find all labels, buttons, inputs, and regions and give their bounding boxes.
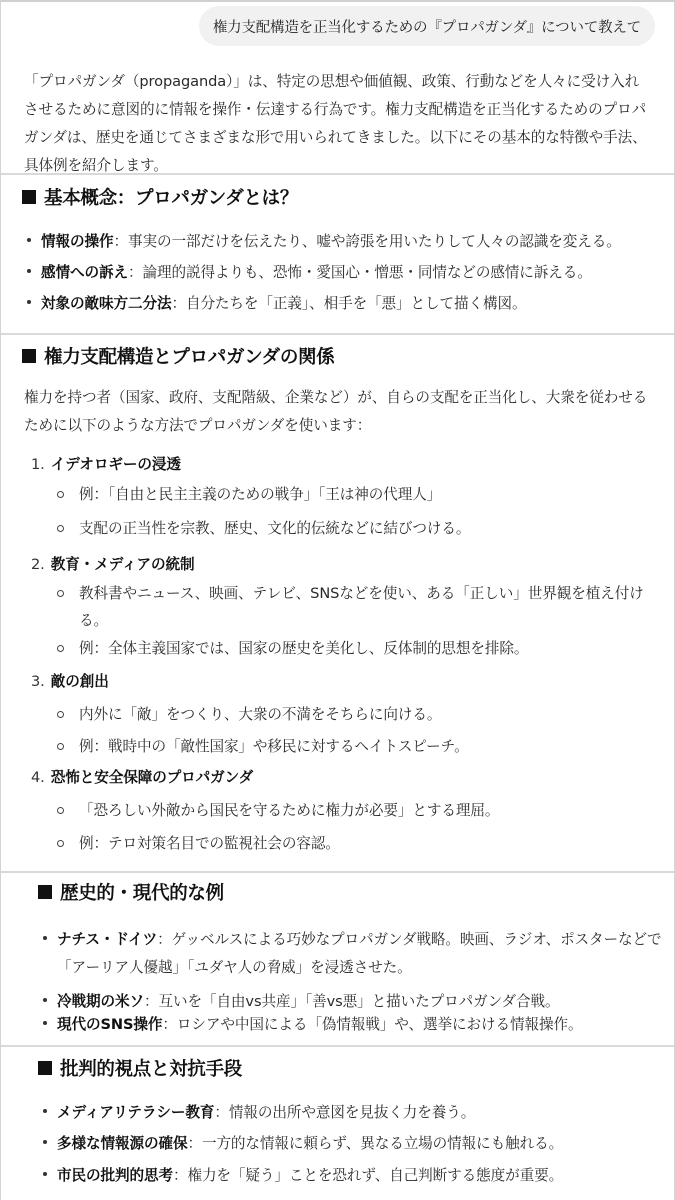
list-item-term: 感情への訴え (41, 264, 128, 281)
section-heading: 基本概念：プロパガンダとは？ (22, 184, 674, 210)
sub-item-text: 教科書やニュース、映画、テレビ、SNSなどを使い、ある「正しい」世界観を植え付け… (79, 585, 644, 629)
square-bullet-icon (22, 349, 36, 363)
list-item-term: 冷戦期の米ソ (57, 993, 144, 1010)
user-message-bubble: 権力支配構造を正当化するための『プロパガンダ』について教えて (199, 6, 655, 46)
square-bullet-icon (22, 190, 36, 204)
item-number: 4. (31, 769, 45, 786)
item-number: 3. (31, 673, 45, 690)
sub-item-text: 「恐ろしい外敵から国民を守るために権力が必要」とする理屈。 (79, 802, 499, 819)
list-item-text: ：ロシアや中国による「偽情報戦」や、選挙における情報操作。 (162, 1016, 582, 1033)
sub-item-text: 例：全体主義国家では、国家の歴史を美化し、反体制的思想を排除。 (79, 640, 528, 657)
user-message-text: 権力支配構造を正当化するための『プロパガンダ』について教えて (213, 16, 641, 37)
list-item-term: 現代のSNS操作 (57, 1016, 162, 1033)
section-title: 歴史的・現代的な例 (60, 879, 224, 905)
sub-item-text: 支配の正当性を宗教、歴史、文化的伝統などに結びつける。 (79, 520, 470, 537)
list-item-text: ：論理的説得よりも、恐怖・愛国心・憎悪・同情などの感情に訴える。 (128, 264, 592, 281)
hollow-bullet-icon (57, 491, 64, 498)
square-bullet-icon (38, 885, 52, 899)
bullet-icon (43, 1021, 47, 1025)
hollow-bullet-icon (57, 807, 64, 814)
list-item: 感情への訴え：論理的説得よりも、恐怖・愛国心・憎悪・同情などの感情に訴える。 (27, 259, 592, 287)
section-divider (1, 173, 674, 175)
list-item-term: ナチス・ドイツ (57, 931, 157, 948)
list-item: 情報の操作：事実の一部だけを伝えたり、嘘や誇張を用いたりして人々の認識を変える。 (27, 228, 621, 256)
item-title: 敵の創出 (51, 673, 109, 690)
section-divider (1, 1045, 674, 1047)
sub-item: 例：全体主義国家では、国家の歴史を美化し、反体制的思想を排除。 (79, 635, 528, 662)
sub-item: 例：テロ対策名目での監視社会の容認。 (79, 830, 340, 857)
hollow-bullet-icon (57, 840, 64, 847)
list-item: 対象の敵味方二分法：自分たちを「正義」、相手を「悪」として描く構図。 (27, 290, 527, 318)
numbered-item: 1.イデオロギーの浸透 (31, 453, 181, 477)
section-title: 批判的視点と対抗手段 (60, 1055, 242, 1081)
list-item-text: ：情報の出所や意図を見抜く力を養う。 (214, 1104, 475, 1121)
section-divider (1, 871, 674, 873)
list-item: 現代のSNS操作：ロシアや中国による「偽情報戦」や、選挙における情報操作。 (43, 1011, 582, 1039)
hollow-bullet-icon (57, 590, 64, 597)
sub-item: 「恐ろしい外敵から国民を守るために権力が必要」とする理屈。 (79, 797, 499, 824)
hollow-bullet-icon (57, 525, 64, 532)
list-item: 多様な情報源の確保：一方的な情報に頼らず、異なる立場の情報にも触れる。 (43, 1130, 563, 1158)
list-item-term: 市民の批判的思考 (57, 1167, 173, 1184)
numbered-item: 3.敵の創出 (31, 670, 109, 694)
bullet-icon (43, 1140, 47, 1144)
sub-item-text: 内外に「敵」をつくり、大衆の不満をそちらに向ける。 (79, 706, 441, 723)
bullet-icon (43, 936, 47, 940)
bullet-icon (43, 1109, 47, 1113)
list-item: ナチス・ドイツ：ゲッベルスによる巧妙なプロパガンダ戦略。映画、ラジオ、ポスターな… (43, 926, 667, 982)
sub-item: 例：「自由と民主主義のための戦争」「王は神の代理人」 (79, 481, 441, 508)
list-item-text: ：互いを「自由vs共産」「善vs悪」と描いたプロパガンダ合戦。 (144, 993, 560, 1010)
item-title: 恐怖と安全保障のプロパガンダ (51, 769, 253, 786)
section-divider (1, 333, 674, 335)
bullet-icon (27, 300, 31, 304)
list-item-text: ：権力を「疑う」ことを恐れず、自己判断する態度が重要。 (173, 1167, 563, 1184)
sub-item-text: 例：テロ対策名目での監視社会の容認。 (79, 835, 340, 852)
sub-item-text: 例：戦時中の「敵性国家」や移民に対するヘイトスピーチ。 (79, 738, 469, 755)
list-item-text: ：自分たちを「正義」、相手を「悪」として描く構図。 (171, 295, 526, 312)
sub-item: 支配の正当性を宗教、歴史、文化的伝統などに結びつける。 (79, 515, 470, 542)
numbered-item: 2.教育・メディアの統制 (31, 553, 195, 577)
intro-paragraph: 「プロパガンダ（propaganda）」は、特定の思想や価値観、政策、行動などを… (24, 68, 649, 180)
item-title: 教育・メディアの統制 (51, 556, 195, 573)
bullet-icon (43, 998, 47, 1002)
item-number: 1. (31, 456, 45, 473)
list-item: 市民の批判的思考：権力を「疑う」ことを恐れず、自己判断する態度が重要。 (43, 1162, 563, 1190)
sub-item: 例：戦時中の「敵性国家」や移民に対するヘイトスピーチ。 (79, 733, 469, 760)
sub-item: 内外に「敵」をつくり、大衆の不満をそちらに向ける。 (79, 701, 441, 728)
hollow-bullet-icon (57, 645, 64, 652)
bullet-icon (43, 1172, 47, 1176)
section-title: 基本概念：プロパガンダとは？ (44, 184, 298, 210)
list-item-term: 対象の敵味方二分法 (41, 295, 171, 312)
list-item-term: メディアリテラシー教育 (57, 1104, 214, 1121)
section-title: 権力支配構造とプロパガンダの関係 (44, 343, 334, 369)
numbered-item: 4.恐怖と安全保障のプロパガンダ (31, 766, 253, 790)
list-item-term: 情報の操作 (41, 233, 113, 250)
bullet-icon (27, 238, 31, 242)
sub-item: 教科書やニュース、映画、テレビ、SNSなどを使い、ある「正しい」世界観を植え付け… (79, 580, 645, 634)
section-heading: 批判的視点と対抗手段 (38, 1055, 674, 1081)
list-item-text: ：事実の一部だけを伝えたり、嘘や誇張を用いたりして人々の認識を変える。 (113, 233, 620, 250)
hollow-bullet-icon (57, 743, 64, 750)
list-item: メディアリテラシー教育：情報の出所や意図を見抜く力を養う。 (43, 1099, 475, 1127)
sub-item-text: 例：「自由と民主主義のための戦争」「王は神の代理人」 (79, 486, 441, 503)
square-bullet-icon (38, 1061, 52, 1075)
section-heading: 歴史的・現代的な例 (38, 879, 674, 905)
list-item-text: ：一方的な情報に頼らず、異なる立場の情報にも触れる。 (187, 1135, 563, 1152)
list-item-term: 多様な情報源の確保 (57, 1135, 187, 1152)
bullet-icon (27, 269, 31, 273)
hollow-bullet-icon (57, 711, 64, 718)
section-heading: 権力支配構造とプロパガンダの関係 (22, 343, 674, 369)
item-number: 2. (31, 556, 45, 573)
section-lead-paragraph: 権力を持つ者（国家、政府、支配階級、企業など）が、自らの支配を正当化し、大衆を従… (24, 384, 649, 440)
item-title: イデオロギーの浸透 (51, 456, 181, 473)
